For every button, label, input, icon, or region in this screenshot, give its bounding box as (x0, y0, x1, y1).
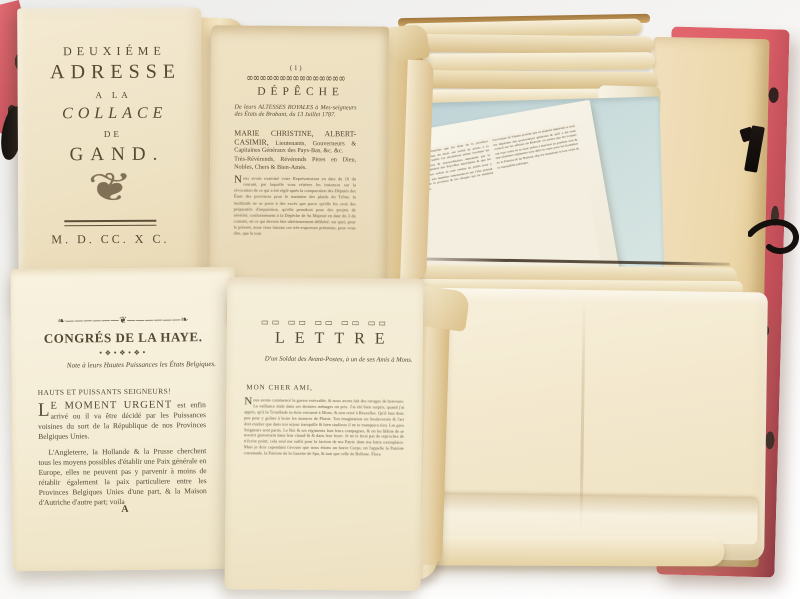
lettre-text-block: ▭▭ ▭▭ ▭▭ ▭▭ ▭▭ LETTRE D'un Soldat des Av… (245, 277, 405, 278)
signature-mark: A (35, 503, 215, 516)
depeche-text-block: ( 1 ) ∞∞∞∞∞∞∞∞∞∞∞∞∞∞∞ DÉPÊCHE De leurs A… (235, 26, 357, 27)
lettre-subtitle: D'un Soldat des Avant-Postes, à un de se… (245, 355, 433, 365)
lettre-title: LETTRE (245, 329, 415, 348)
depeche-salutation: Très-Révérends, Révérends Pères en Dieu,… (234, 156, 356, 172)
depeche-body: Nous avons examiné votre Représentation … (233, 176, 356, 265)
paper-edge (399, 52, 655, 71)
lettre-body: Nous avons commencé la guerre exécrable,… (243, 397, 404, 510)
pamphlet-adresse-title-page: DEUXIÉME ADRESSE A LA COLLACE DE GAND. ❦… (17, 8, 203, 309)
adresse-title-line-3: A LA (18, 89, 206, 100)
double-rule (64, 220, 156, 226)
adresse-title-line-1: DEUXIÉME (17, 43, 206, 59)
drop-cap: N (244, 397, 252, 406)
adresse-title-line-5: DE (18, 129, 205, 140)
depeche-address: MARIE CHRISTINE, ALBERT-CASIMIR, Lieuten… (234, 130, 356, 156)
photo-antique-documents: On mande de Bruxelles que les états de l… (0, 0, 800, 599)
drop-cap: N (234, 176, 242, 185)
congres-paragraph-2: L'Angleterre, la Hollande & la Prusse ch… (38, 446, 207, 508)
adresse-title-line-4: COLLACE (18, 104, 207, 123)
congres-note: Note à leurs Hautes Puissances les États… (33, 360, 249, 371)
clipping-column-2: Les lettres de Vienne portent que sa maj… (492, 124, 580, 170)
band-ornament: •❖•❖•❖• (33, 348, 213, 358)
chain-ornament: ∞∞∞∞∞∞∞∞∞∞∞∞∞∞∞ (235, 72, 357, 86)
adresse-title-line-6: GAND. (18, 143, 209, 166)
congres-salutation: HAUTS ET PUISSANTS SEIGNEURS! (38, 387, 171, 397)
page-congres-de-la-haye: ❧——————❦——————❧ CONGRÉS DE LA HAYE. •❖•❖… (10, 267, 237, 571)
band-ornament: ▭▭ ▭▭ ▭▭ ▭▭ ▭▭ (245, 316, 405, 328)
rule-ornament: ❧——————❦——————❧ (33, 315, 213, 327)
page-lettre: ▭▭ ▭▭ ▭▭ ▭▭ ▭▭ LETTRE D'un Soldat des Av… (225, 277, 424, 591)
congres-title: CONGRÉS DE LA HAYE. (33, 329, 213, 347)
page-number: ( 1 ) (235, 64, 357, 73)
binder-cord (748, 214, 800, 266)
fleuron-ornament-icon: ❦ (0, 165, 234, 210)
paper-edge (396, 34, 654, 55)
adresse-imprint-year: M. D. CC. X C. (18, 232, 202, 248)
lettre-salutation: MON CHER AMI, (246, 383, 313, 392)
sheet-bottom-curl (424, 535, 724, 566)
congres-paragraph-1: LE MOMENT URGENT est enfin arrivé ou il … (38, 400, 206, 442)
drop-cap: L (38, 402, 50, 419)
depeche-title: DÉPÊCHE (235, 86, 362, 99)
adresse-title-line-2: ADRESSE (17, 60, 207, 84)
depeche-subtitle: De leurs ALTESSES ROYALES à Mes-seigneur… (234, 104, 356, 120)
